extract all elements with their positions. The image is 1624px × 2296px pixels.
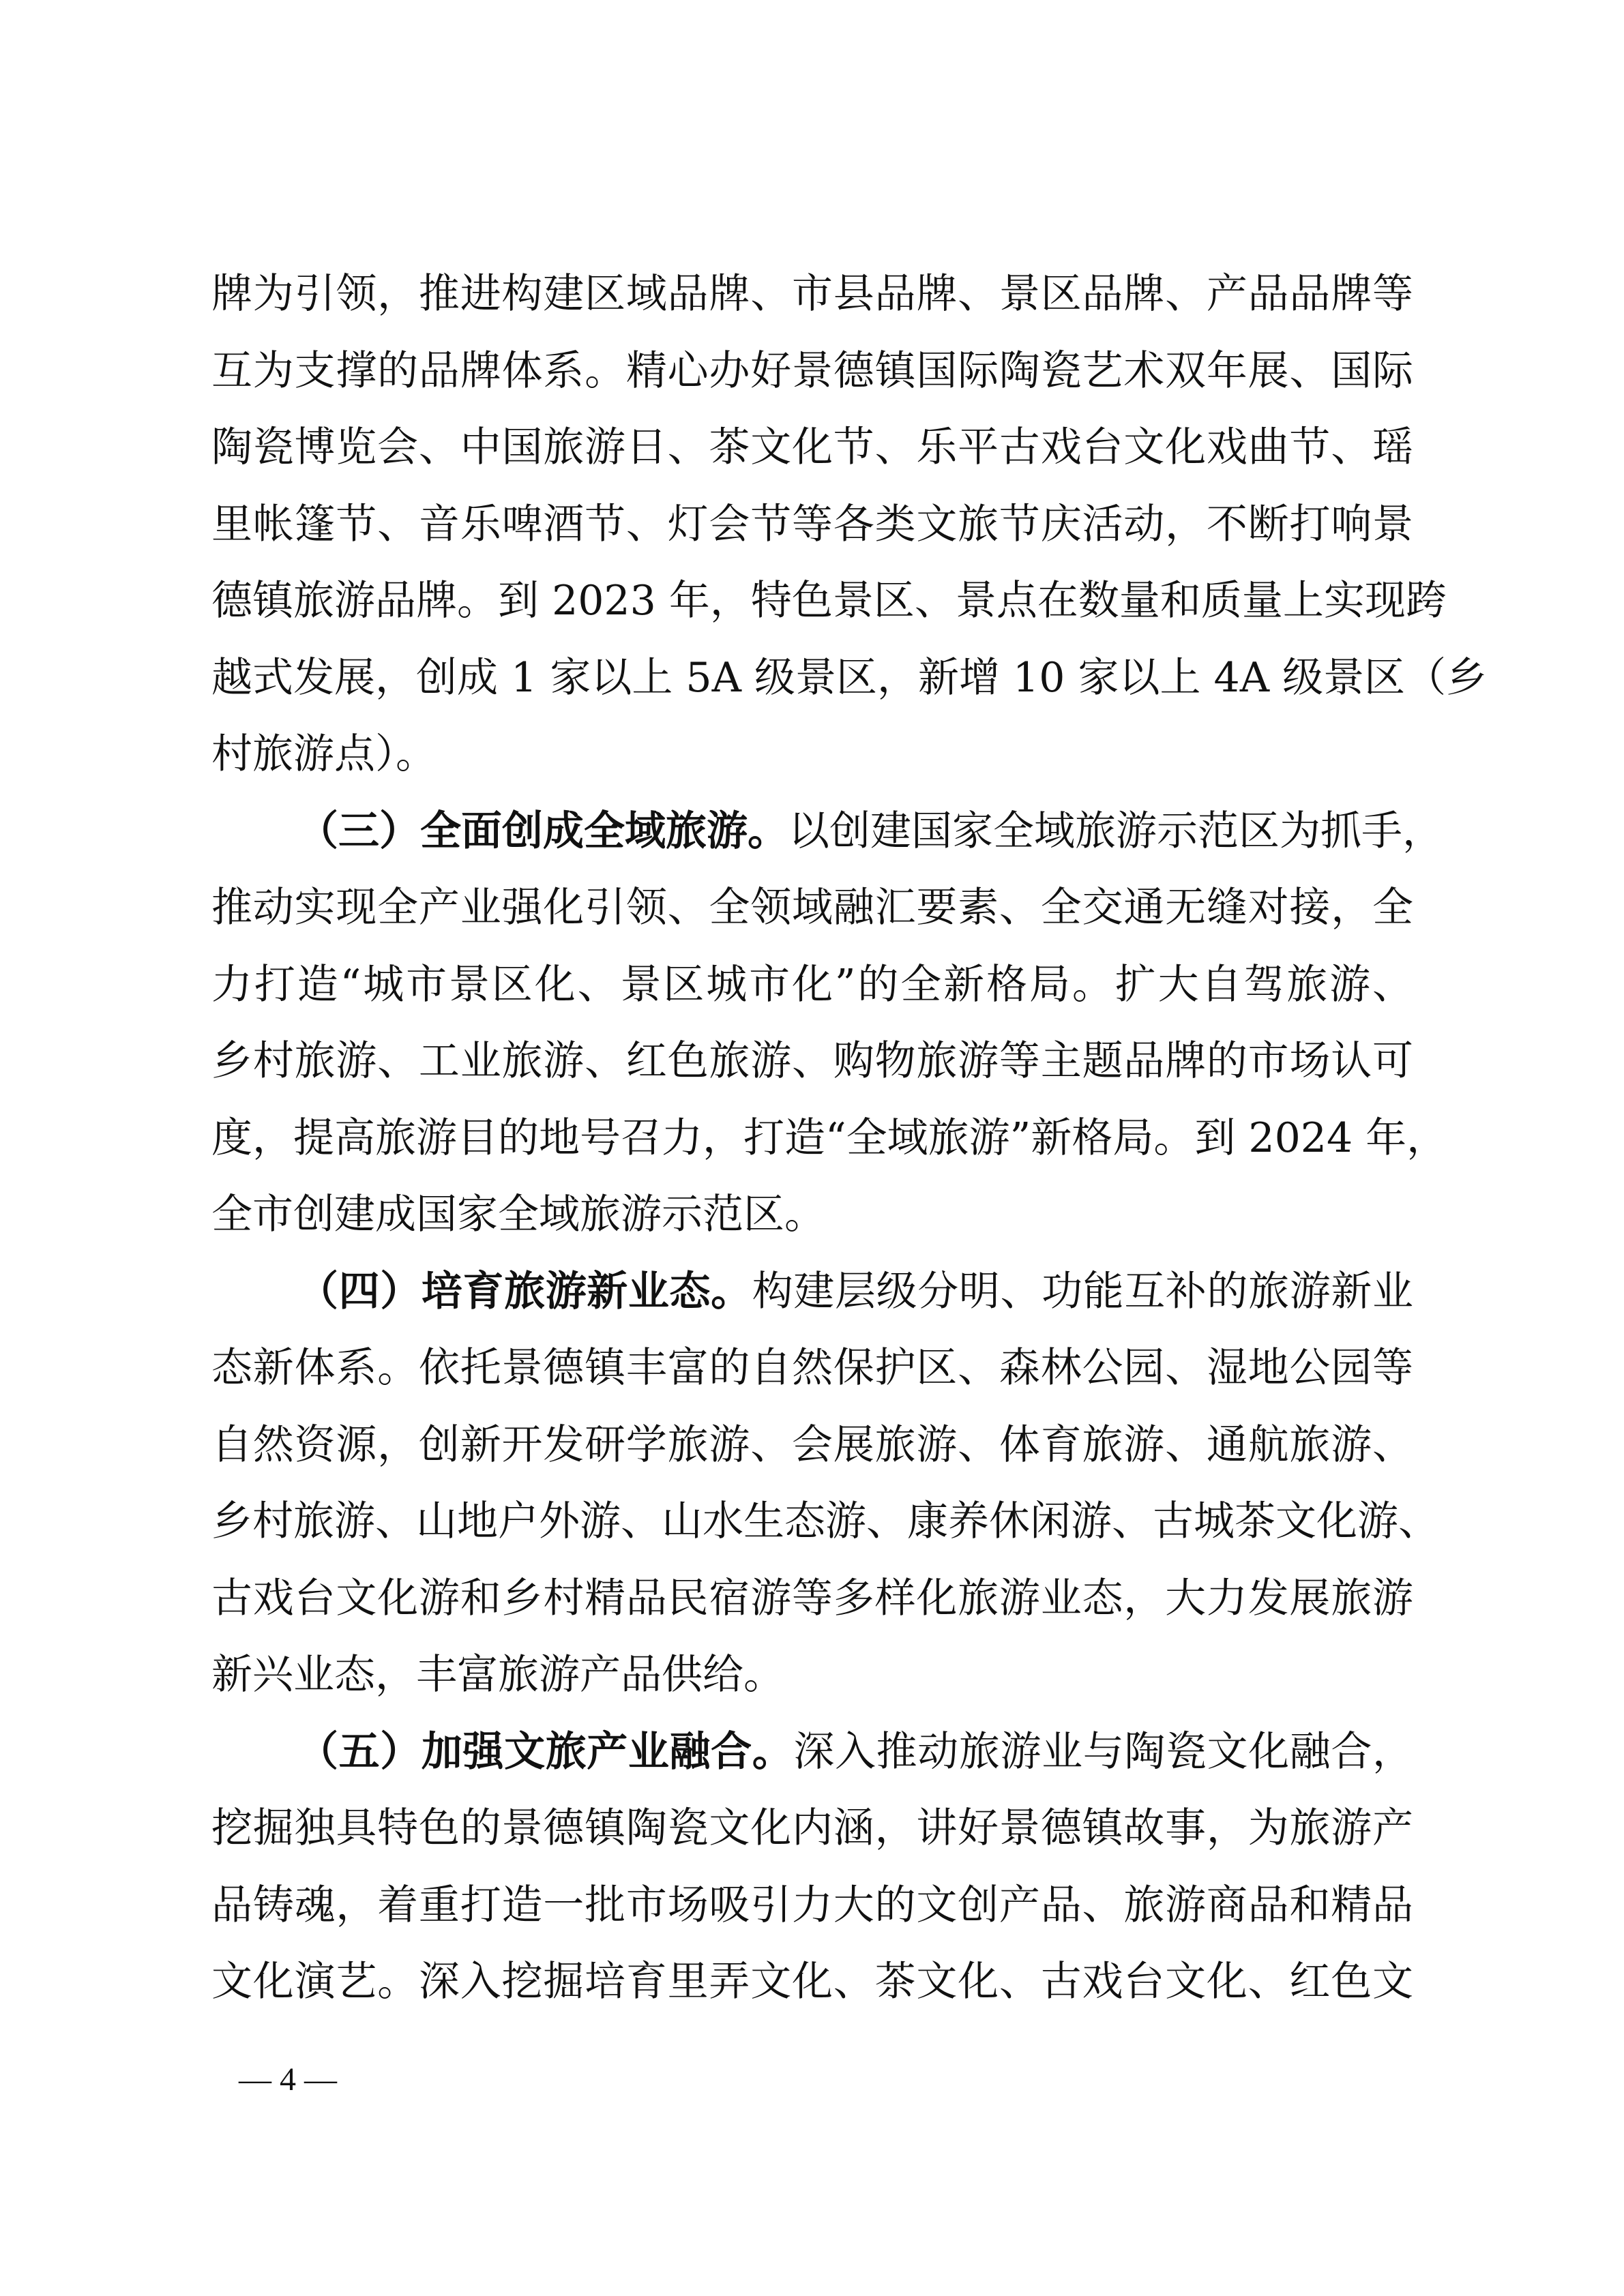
text-line: 乡村旅游、工业旅游、红色旅游、购物旅游等主题品牌的市场认可 bbox=[211, 1023, 1413, 1100]
text-line: 牌为引领，推进构建区域品牌、市县品牌、景区品牌、产品品牌等 bbox=[211, 256, 1413, 333]
text-span: 构建层级分明、功能互补的旅游新业 bbox=[752, 1268, 1413, 1315]
text-line: 度，提高旅游目的地号召力，打造“全域旅游”新格局。到 2024 年， bbox=[211, 1100, 1413, 1177]
text-line: 品铸魂，着重打造一批市场吸引力大的文创产品、旅游商品和精品 bbox=[211, 1867, 1413, 1944]
text-line: 文化演艺。深入挖掘培育里弄文化、茶文化、古戏台文化、红色文 bbox=[211, 1943, 1413, 2021]
section-heading-line: （五）加强文旅产业融合。深入推动旅游业与陶瓷文化融合， bbox=[211, 1714, 1413, 1791]
paragraph-section-5: （五）加强文旅产业融合。深入推动旅游业与陶瓷文化融合， 挖掘独具特色的景德镇陶瓷… bbox=[211, 1714, 1413, 2021]
text-line: 古戏台文化游和乡村精品民宿游等多样化旅游业态，大力发展旅游 bbox=[211, 1560, 1413, 1637]
text-line: 陶瓷博览会、中国旅游日、茶文化节、乐平古戏台文化戏曲节、瑶 bbox=[211, 409, 1413, 486]
section-heading-line: （三）全面创成全域旅游。以创建国家全域旅游示范区为抓手， bbox=[211, 793, 1413, 870]
text-line: 越式发展，创成 1 家以上 5A 级景区，新增 10 家以上 4A 级景区（乡 bbox=[211, 640, 1413, 717]
text-line: 全市创建成国家全域旅游示范区。 bbox=[211, 1176, 1413, 1253]
document-page: 牌为引领，推进构建区域品牌、市县品牌、景区品牌、产品品牌等 互为支撑的品牌体系。… bbox=[211, 256, 1413, 2021]
page-number: — 4 — bbox=[239, 2059, 337, 2100]
text-span: 深入推动旅游业与陶瓷文化融合， bbox=[793, 1728, 1413, 1776]
paragraph-section-4: （四）培育旅游新业态。构建层级分明、功能互补的旅游新业 态新体系。依托景德镇丰富… bbox=[211, 1253, 1413, 1714]
section-heading: （四）培育旅游新业态。 bbox=[297, 1268, 752, 1315]
section-heading-line: （四）培育旅游新业态。构建层级分明、功能互补的旅游新业 bbox=[211, 1253, 1413, 1330]
text-line: 力打造“城市景区化、景区城市化”的全新格局。扩大自驾旅游、 bbox=[211, 946, 1413, 1024]
text-line: 挖掘独具特色的景德镇陶瓷文化内涵，讲好景德镇故事，为旅游产 bbox=[211, 1790, 1413, 1867]
text-line: 互为支撑的品牌体系。精心办好景德镇国际陶瓷艺术双年展、国际 bbox=[211, 333, 1413, 410]
paragraph-brand: 牌为引领，推进构建区域品牌、市县品牌、景区品牌、产品品牌等 互为支撑的品牌体系。… bbox=[211, 256, 1413, 793]
text-line: 村旅游点）。 bbox=[211, 716, 1413, 793]
text-line: 推动实现全产业强化引领、全领域融汇要素、全交通无缝对接，全 bbox=[211, 869, 1413, 946]
text-line: 里帐篷节、音乐啤酒节、灯会节等各类文旅节庆活动，不断打响景 bbox=[211, 486, 1413, 563]
text-span: 以创建国家全域旅游示范区为抓手， bbox=[788, 807, 1443, 855]
paragraph-section-3: （三）全面创成全域旅游。以创建国家全域旅游示范区为抓手， 推动实现全产业强化引领… bbox=[211, 793, 1413, 1253]
section-heading: （三）全面创成全域旅游。 bbox=[297, 807, 788, 855]
section-heading: （五）加强文旅产业融合。 bbox=[297, 1728, 793, 1776]
text-line: 德镇旅游品牌。到 2023 年，特色景区、景点在数量和质量上实现跨 bbox=[211, 563, 1413, 640]
text-line: 自然资源，创新开发研学旅游、会展旅游、体育旅游、通航旅游、 bbox=[211, 1407, 1413, 1484]
text-line: 新兴业态，丰富旅游产品供给。 bbox=[211, 1637, 1413, 1714]
text-line: 乡村旅游、山地户外游、山水生态游、康养休闲游、古城茶文化游、 bbox=[211, 1483, 1413, 1560]
text-line: 态新体系。依托景德镇丰富的自然保护区、森林公园、湿地公园等 bbox=[211, 1330, 1413, 1407]
